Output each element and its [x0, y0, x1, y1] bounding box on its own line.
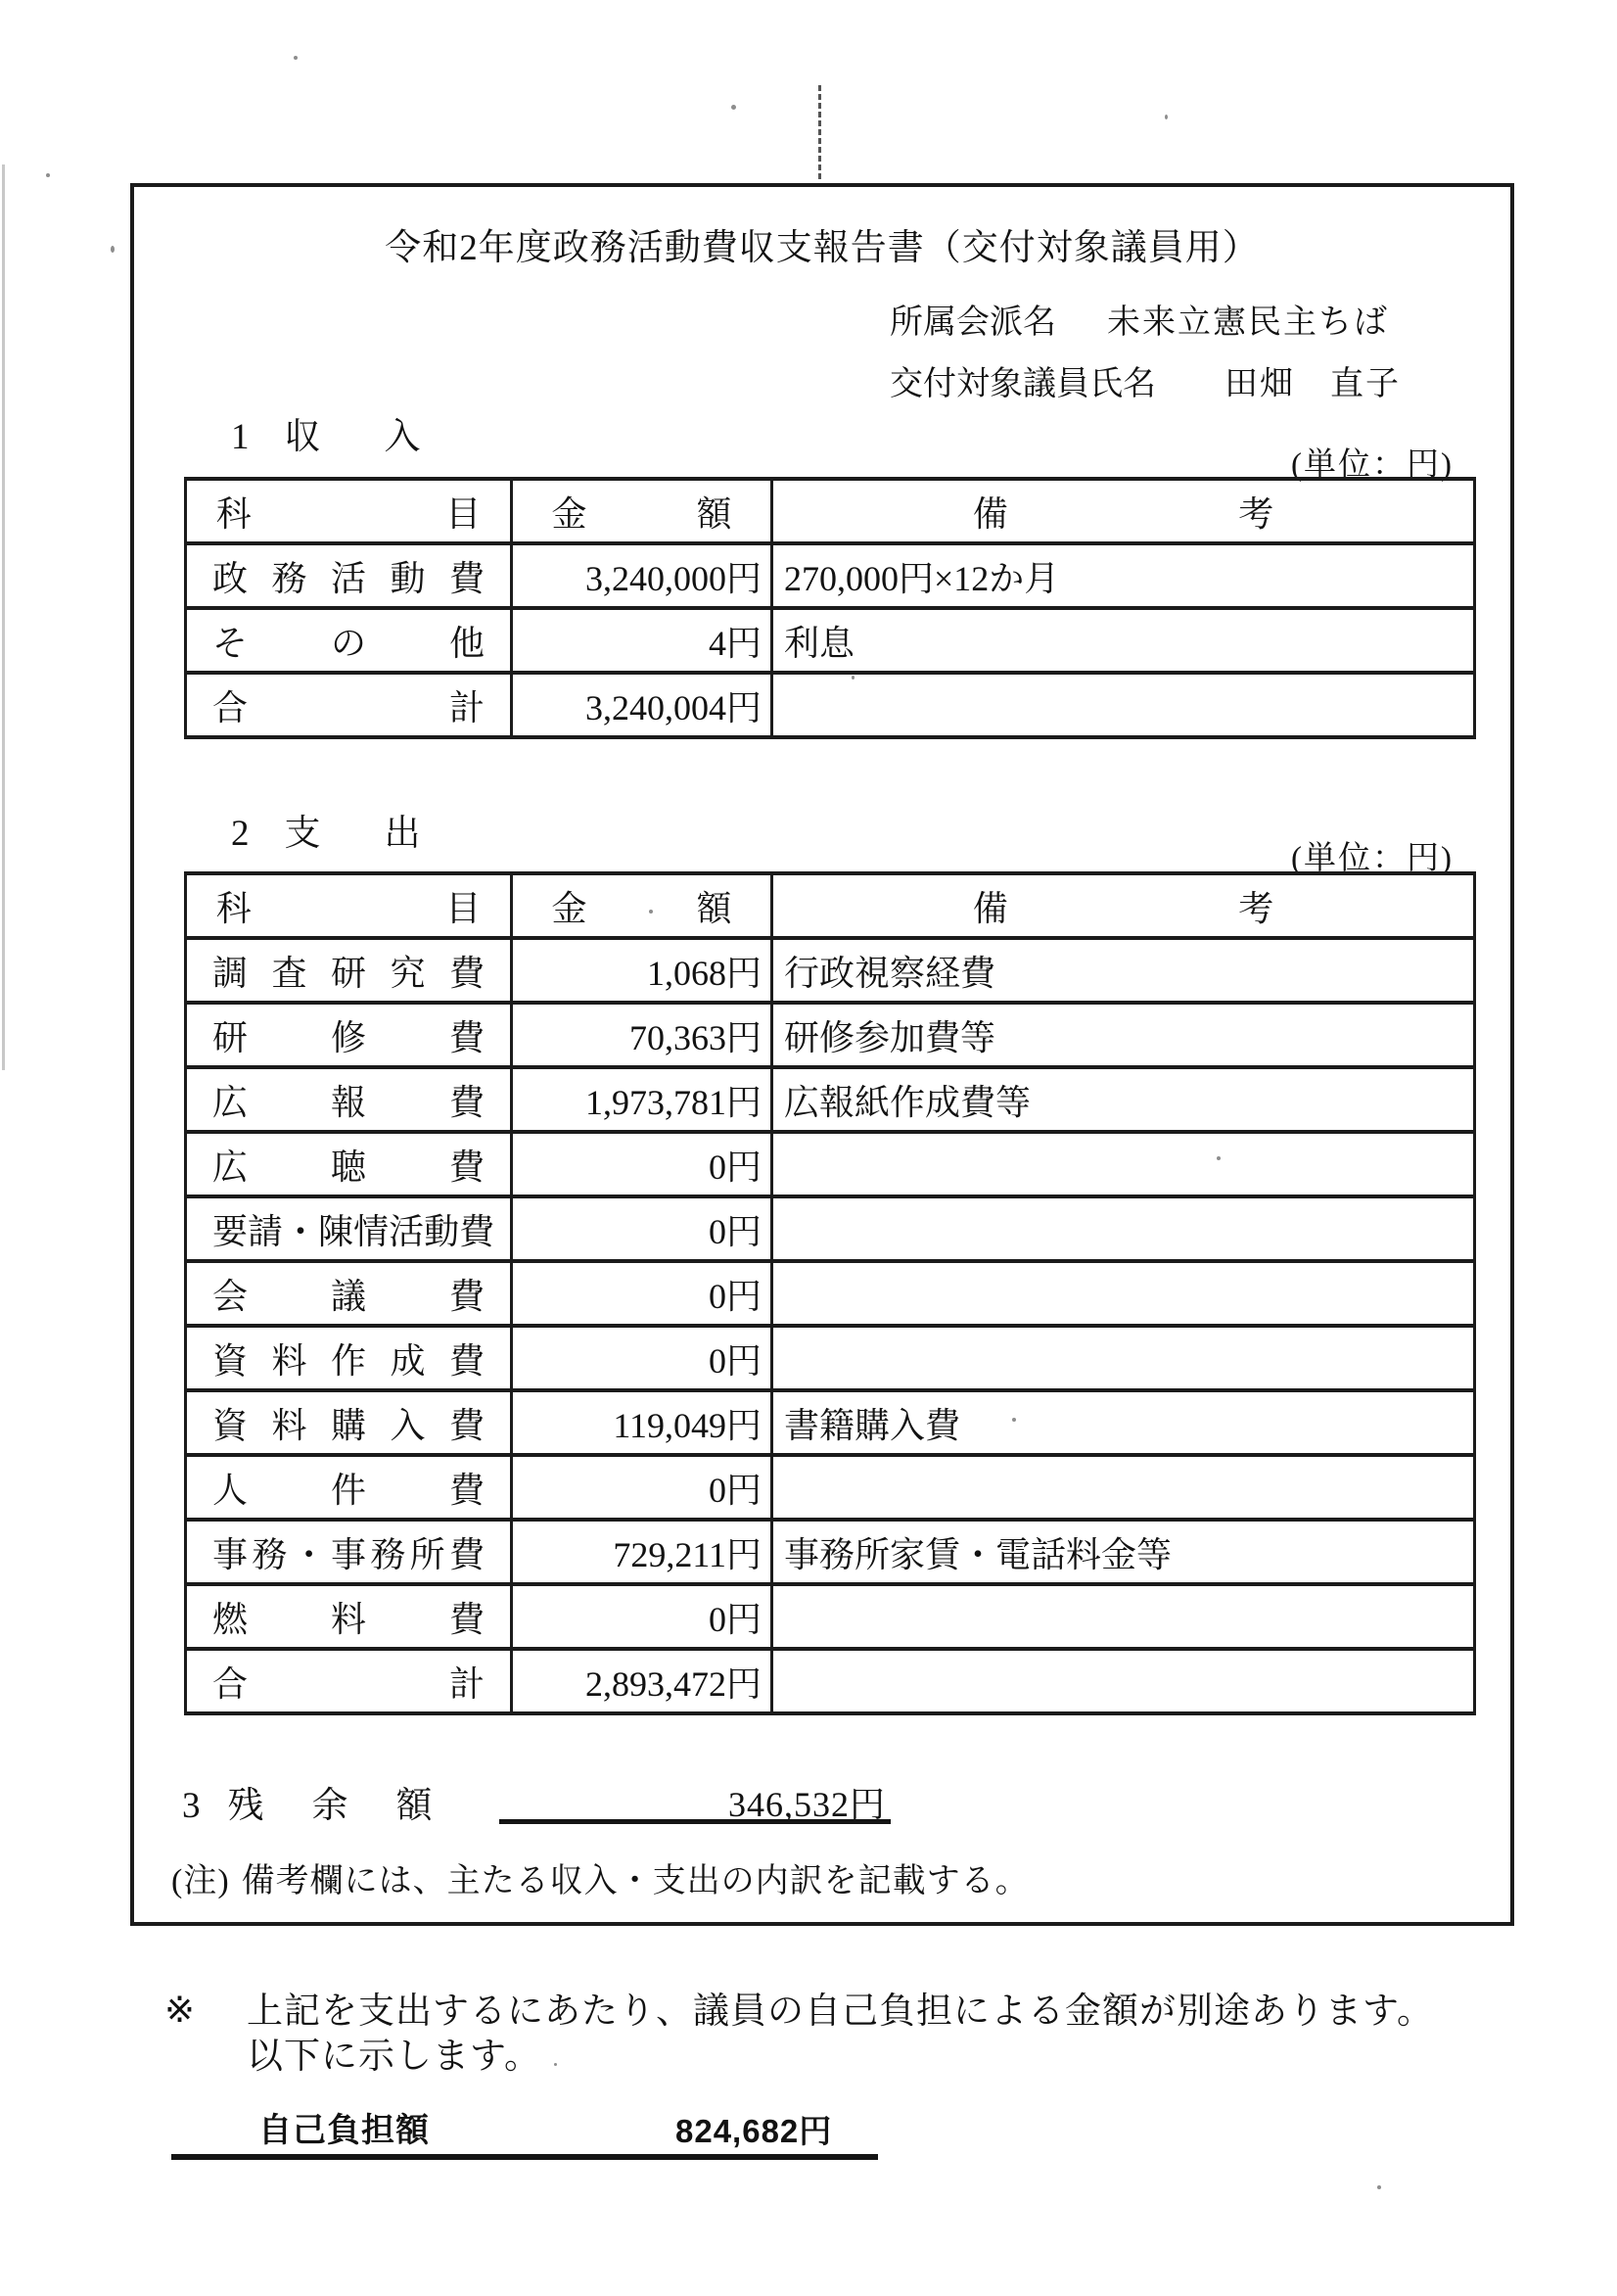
header-remarks: 備考	[772, 479, 1475, 543]
expense-amount-cell: 0円	[512, 1584, 772, 1649]
expense-remarks-cell	[772, 1649, 1475, 1713]
header-amount: 金額	[512, 479, 772, 543]
scan-speck	[1377, 2185, 1381, 2189]
expense-amount-cell: 1,068円	[512, 938, 772, 1003]
header-remarks: 備考	[772, 873, 1475, 938]
expense-item-cell: 調査研究費	[186, 938, 512, 1003]
expense-amount-cell: 0円	[512, 1261, 772, 1326]
header-item: 科目	[186, 479, 512, 543]
self-burden-label: 自己負担額	[258, 2103, 430, 2151]
expense-item-cell: 広報費	[186, 1067, 512, 1132]
asterisk-note: ※ 上記を支出するにあたり、議員の自己負担による金額が別途あります。 以下に示し…	[164, 1990, 1434, 2080]
faction-label: 所属会派名	[890, 305, 1056, 341]
scan-speck	[294, 56, 298, 60]
expense-item-cell: 事務・事務所費	[186, 1520, 512, 1584]
expense-item-cell: 合計	[186, 1649, 512, 1713]
expense-remarks-cell	[772, 1196, 1475, 1261]
self-burden-value: 824,682円	[675, 2106, 832, 2152]
expense-row: 研修費70,363円研修参加費等	[186, 1003, 1475, 1067]
expense-amount-cell: 1,973,781円	[512, 1067, 772, 1132]
expense-row: 広報費1,973,781円広報紙作成費等	[186, 1067, 1475, 1132]
expense-row: 人件費0円	[186, 1455, 1475, 1520]
expense-amount-cell: 0円	[512, 1132, 772, 1196]
member-line: 交付対象議員氏名田畑 直子	[890, 356, 1401, 404]
expense-item-cell: 燃料費	[186, 1584, 512, 1649]
income-row: その他4円利息	[186, 608, 1475, 673]
income-amount-cell: 4円	[512, 608, 772, 673]
section-number: 3	[182, 1786, 201, 1826]
expense-remarks-cell	[772, 1455, 1475, 1520]
income-remarks-cell: 270,000円×12か月	[772, 543, 1475, 608]
section-label: 支 出	[285, 814, 435, 854]
scan-fold-mark	[818, 85, 821, 179]
expense-item-cell: 研修費	[186, 1003, 512, 1067]
expense-remarks-cell	[772, 1132, 1475, 1196]
balance-line: 3残 余 額 346,532円	[182, 1775, 439, 1828]
expense-amount-cell: 119,049円	[512, 1390, 772, 1455]
asterisk-mark: ※	[164, 1990, 195, 2080]
expense-amount-cell: 0円	[512, 1196, 772, 1261]
expense-remarks-cell	[772, 1326, 1475, 1390]
expense-remarks-cell	[772, 1261, 1475, 1326]
expense-row: 調査研究費1,068円行政視察経費	[186, 938, 1475, 1003]
report-box: 令和2年度政務活動費収支報告書（交付対象議員用） 所属会派名未来立憲民主ちば 交…	[130, 183, 1514, 1926]
expense-amount-cell: 0円	[512, 1455, 772, 1520]
section-number: 2	[231, 814, 250, 854]
expense-amount-cell: 0円	[512, 1326, 772, 1390]
section-heading-expense: 2支 出	[231, 803, 435, 856]
asterisk-note-line2: 以下に示します。	[247, 2035, 1434, 2080]
member-label: 交付対象議員氏名	[890, 366, 1156, 402]
income-table: 科目 金額 備考 政務活動費3,240,000円270,000円×12か月その他…	[184, 477, 1476, 739]
expense-remarks-cell: 広報紙作成費等	[772, 1067, 1475, 1132]
scan-edge-line	[2, 164, 5, 1070]
expense-remarks-cell: 事務所家賃・電話料金等	[772, 1520, 1475, 1584]
table-header-row: 科目 金額 備考	[186, 873, 1475, 938]
expense-item-cell: 会議費	[186, 1261, 512, 1326]
header-amount: 金額	[512, 873, 772, 938]
income-remarks-cell: 利息	[772, 608, 1475, 673]
member-value: 田畑 直子	[1224, 366, 1401, 402]
balance-underline	[499, 1819, 891, 1824]
scan-speck	[111, 246, 115, 253]
faction-value: 未来立憲民主ちば	[1107, 305, 1389, 341]
expense-row: 合計2,893,472円	[186, 1649, 1475, 1713]
footnote: (注)備考欄には、主たる収入・支出の内訳を記載する。	[171, 1853, 1030, 1901]
income-item-cell: 合計	[186, 673, 512, 737]
asterisk-note-line1: 上記を支出するにあたり、議員の自己負担による金額が別途あります。	[247, 1990, 1434, 2035]
income-item-cell: その他	[186, 608, 512, 673]
income-row: 政務活動費3,240,000円270,000円×12か月	[186, 543, 1475, 608]
income-row: 合計3,240,004円	[186, 673, 1475, 737]
asterisk-note-text: 上記を支出するにあたり、議員の自己負担による金額が別途あります。 以下に示します…	[247, 1990, 1434, 2080]
expense-row: 要請・陳情活動費0円	[186, 1196, 1475, 1261]
scanned-report-page: { "document": { "title": "令和2年度政務活動費収支報告…	[0, 0, 1617, 2296]
footnote-label: (注)	[171, 1863, 230, 1899]
page-title: 令和2年度政務活動費収支報告書（交付対象議員用）	[134, 217, 1510, 270]
income-amount-cell: 3,240,004円	[512, 673, 772, 737]
faction-line: 所属会派名未来立憲民主ちば	[890, 295, 1389, 343]
income-item-cell: 政務活動費	[186, 543, 512, 608]
expense-remarks-cell: 書籍購入費	[772, 1390, 1475, 1455]
scan-speck	[1165, 115, 1168, 119]
expense-row: 資料購入費119,049円書籍購入費	[186, 1390, 1475, 1455]
expense-amount-cell: 2,893,472円	[512, 1649, 772, 1713]
footnote-text: 備考欄には、主たる収入・支出の内訳を記載する。	[242, 1863, 1030, 1899]
expense-item-cell: 広聴費	[186, 1132, 512, 1196]
section-heading-income: 1収 入	[231, 406, 435, 459]
expense-row: 会議費0円	[186, 1261, 1475, 1326]
header-item: 科目	[186, 873, 512, 938]
expense-item-cell: 要請・陳情活動費	[186, 1196, 512, 1261]
expense-remarks-cell	[772, 1584, 1475, 1649]
scan-speck	[46, 173, 50, 177]
table-header-row: 科目 金額 備考	[186, 479, 1475, 543]
expense-amount-cell: 729,211円	[512, 1520, 772, 1584]
section-label: 収 入	[285, 417, 435, 457]
expense-item-cell: 資料作成費	[186, 1326, 512, 1390]
scan-speck	[731, 105, 736, 110]
balance-label: 残 余 額	[228, 1786, 439, 1826]
expense-row: 事務・事務所費729,211円事務所家賃・電話料金等	[186, 1520, 1475, 1584]
income-amount-cell: 3,240,000円	[512, 543, 772, 608]
income-remarks-cell	[772, 673, 1475, 737]
expense-amount-cell: 70,363円	[512, 1003, 772, 1067]
expense-row: 燃料費0円	[186, 1584, 1475, 1649]
expense-item-cell: 資料購入費	[186, 1390, 512, 1455]
expense-row: 資料作成費0円	[186, 1326, 1475, 1390]
expense-table: 科目 金額 備考 調査研究費1,068円行政視察経費研修費70,363円研修参加…	[184, 871, 1476, 1715]
expense-remarks-cell: 研修参加費等	[772, 1003, 1475, 1067]
section-number: 1	[231, 417, 250, 457]
self-burden-underline	[171, 2154, 878, 2160]
expense-item-cell: 人件費	[186, 1455, 512, 1520]
expense-row: 広聴費0円	[186, 1132, 1475, 1196]
expense-remarks-cell: 行政視察経費	[772, 938, 1475, 1003]
